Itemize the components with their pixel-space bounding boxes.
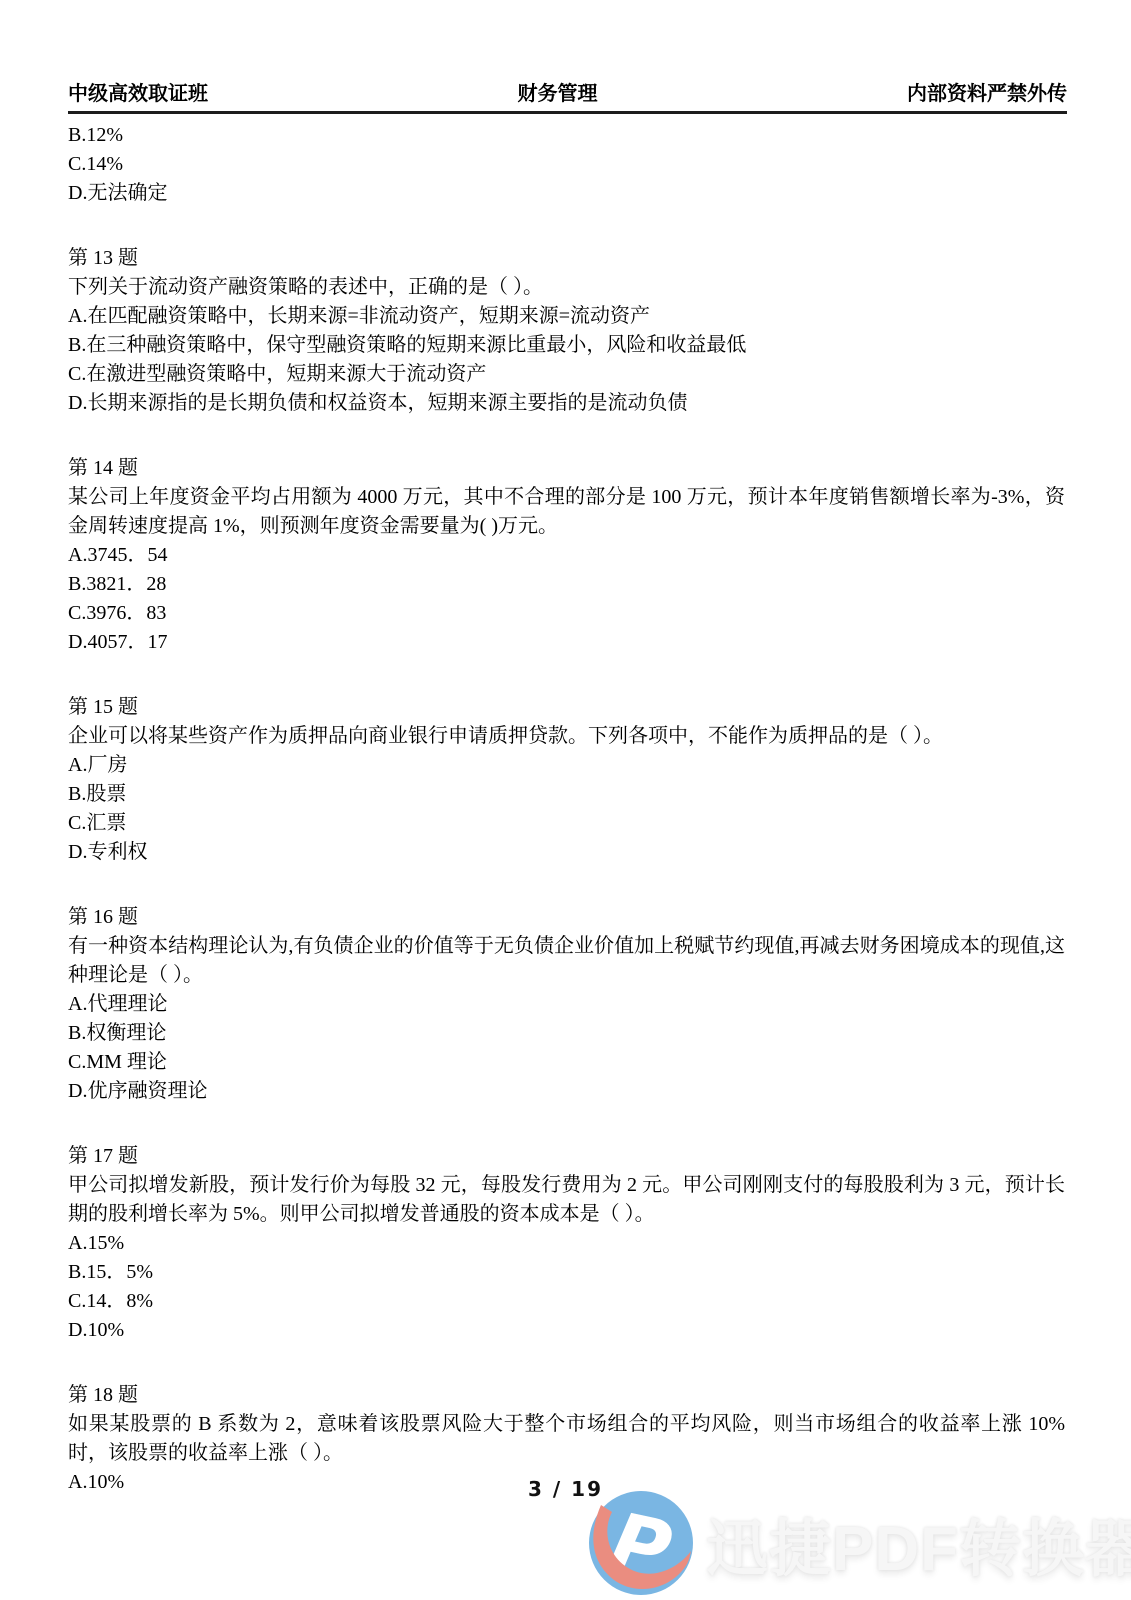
header-confidential-notice: 内部资料严禁外传 [907,82,1067,106]
option-line: D.10% [68,1316,1065,1345]
question-number: 第 13 题 [68,244,1065,273]
option-line: B.股票 [68,780,1065,809]
watermark-text: 迅捷PDF转换器 [706,1499,1131,1588]
option-line: C.在激进型融资策略中，短期来源大于流动资产 [68,360,1065,389]
option-line: A.3745．54 [68,541,1065,570]
option-line: A.15% [68,1229,1065,1258]
option-line: A.代理理论 [68,990,1065,1019]
header-rule [68,111,1067,114]
carryover-option-line: C.14% [68,150,1065,179]
question-number: 第 17 题 [68,1142,1065,1171]
option-line: B.3821．28 [68,570,1065,599]
question-stem: 有一种资本结构理论认为,有负债企业的价值等于无负债企业价值加上税赋节约现值,再减… [68,932,1065,990]
question-number: 第 18 题 [68,1381,1065,1410]
watermark: P 迅捷PDF转换器 [588,1490,1131,1596]
question-stem: 甲公司拟增发新股，预计发行价为每股 32 元，每股发行费用为 2 元。甲公司刚刚… [68,1171,1065,1229]
question-number: 第 15 题 [68,693,1065,722]
carryover-options: B.12%C.14%D.无法确定 [68,121,1065,208]
header-subject-title: 财务管理 [208,82,907,106]
option-line: A.厂房 [68,751,1065,780]
option-line: B.15．5% [68,1258,1065,1287]
carryover-option-line: B.12% [68,121,1065,150]
page-header: 中级高效取证班 财务管理 内部资料严禁外传 [68,82,1067,106]
option-line: C.MM 理论 [68,1048,1065,1077]
option-line: D.长期来源指的是长期负债和权益资本，短期来源主要指的是流动负债 [68,389,1065,418]
question-block: 第 17 题甲公司拟增发新股，预计发行价为每股 32 元，每股发行费用为 2 元… [68,1142,1065,1345]
option-line: D.专利权 [68,838,1065,867]
question-content: B.12%C.14%D.无法确定 第 13 题下列关于流动资产融资策略的表述中，… [68,115,1065,1497]
option-line: D.4057．17 [68,628,1065,657]
question-stem: 某公司上年度资金平均占用额为 4000 万元，其中不合理的部分是 100 万元，… [68,483,1065,541]
question-list: 第 13 题下列关于流动资产融资策略的表述中，正确的是（ ）。A.在匹配融资策略… [68,244,1065,1497]
header-course-label: 中级高效取证班 [68,82,208,106]
option-line: D.优序融资理论 [68,1077,1065,1106]
question-number: 第 14 题 [68,454,1065,483]
question-stem: 下列关于流动资产融资策略的表述中，正确的是（ ）。 [68,273,1065,302]
question-stem: 企业可以将某些资产作为质押品向商业银行申请质押贷款。下列各项中，不能作为质押品的… [68,722,1065,751]
question-block: 第 15 题企业可以将某些资产作为质押品向商业银行申请质押贷款。下列各项中，不能… [68,693,1065,867]
option-line: B.在三种融资策略中，保守型融资策略的短期来源比重最小，风险和收益最低 [68,331,1065,360]
option-line: C.14．8% [68,1287,1065,1316]
option-line: C.汇票 [68,809,1065,838]
option-line: B.权衡理论 [68,1019,1065,1048]
option-line: A.在匹配融资策略中，长期来源=非流动资产，短期来源=流动资产 [68,302,1065,331]
question-block: 第 16 题有一种资本结构理论认为,有负债企业的价值等于无负债企业价值加上税赋节… [68,903,1065,1106]
question-block: 第 13 题下列关于流动资产融资策略的表述中，正确的是（ ）。A.在匹配融资策略… [68,244,1065,418]
pdf-converter-logo-icon: P [588,1490,694,1596]
question-block: 第 14 题某公司上年度资金平均占用额为 4000 万元，其中不合理的部分是 1… [68,454,1065,657]
question-number: 第 16 题 [68,903,1065,932]
carryover-option-line: D.无法确定 [68,179,1065,208]
option-line: C.3976．83 [68,599,1065,628]
document-page: 中级高效取证班 财务管理 内部资料严禁外传 B.12%C.14%D.无法确定 第… [0,0,1131,1600]
question-stem: 如果某股票的 B 系数为 2，意味着该股票风险大于整个市场组合的平均风险，则当市… [68,1410,1065,1468]
